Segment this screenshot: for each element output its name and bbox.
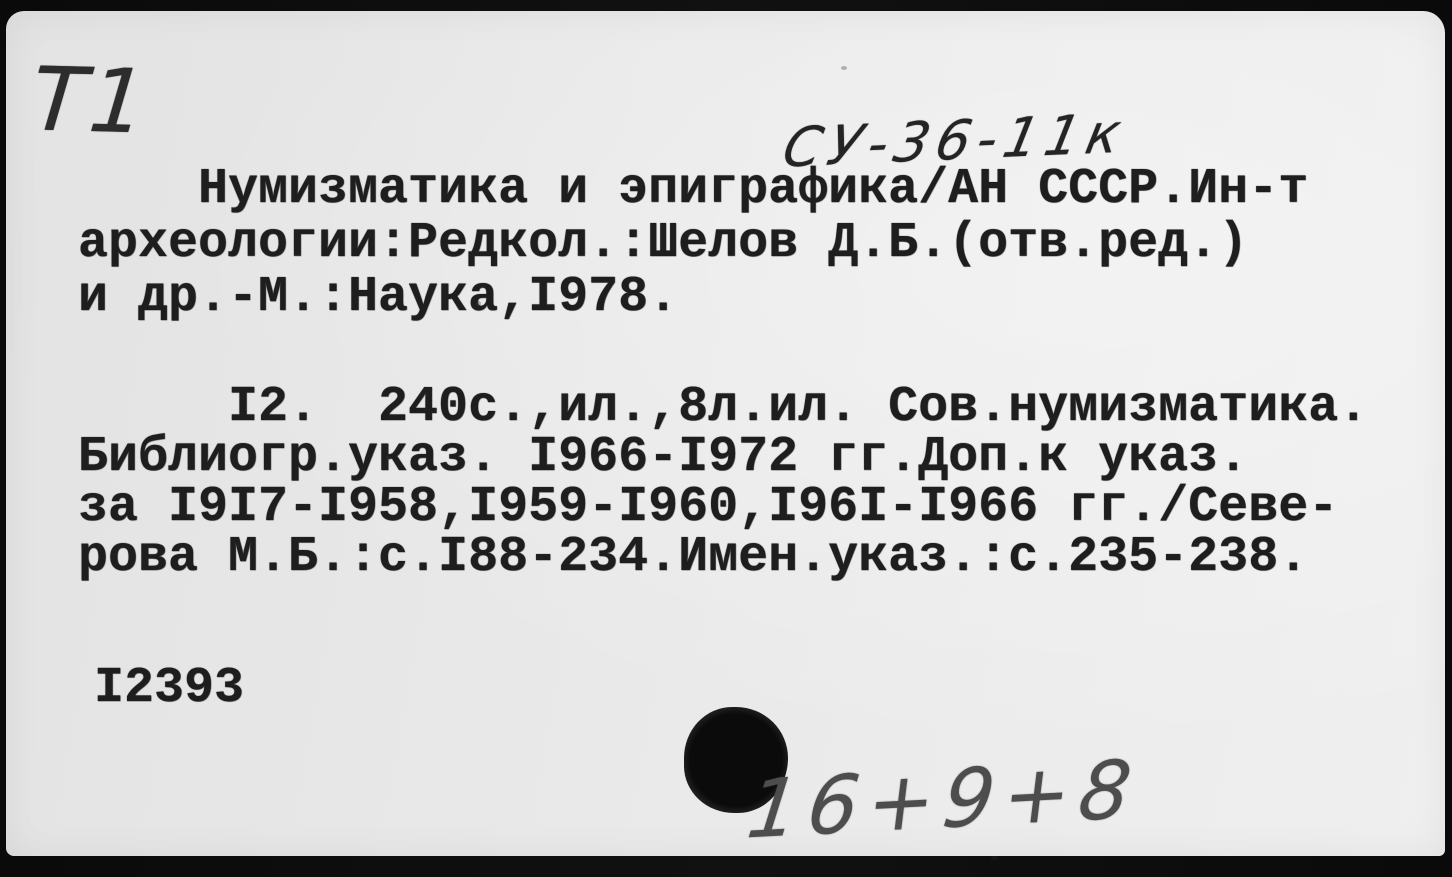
- scan-speckle: [991, 856, 998, 860]
- scan-speckle: [841, 66, 847, 70]
- scanned-catalog-card-photo: Т1 СУ-36-11к Нумизматика и эпиграфика/АН…: [0, 0, 1452, 877]
- accession-number: I2393: [94, 663, 244, 715]
- catalog-card: Т1 СУ-36-11к Нумизматика и эпиграфика/АН…: [6, 11, 1445, 856]
- scan-speckle: [386, 456, 390, 460]
- bibliographic-entry: Нумизматика и эпиграфика/АН СССР.Ин-т ар…: [78, 163, 1308, 325]
- handwritten-pencil-note: 16+9+8: [743, 742, 1146, 856]
- scan-speckle: [476, 301, 481, 306]
- handwritten-classmark: Т1: [27, 48, 155, 154]
- collation-note: I2. 240с.,ил.,8л.ил. Сов.нумизматика. Би…: [78, 383, 1368, 583]
